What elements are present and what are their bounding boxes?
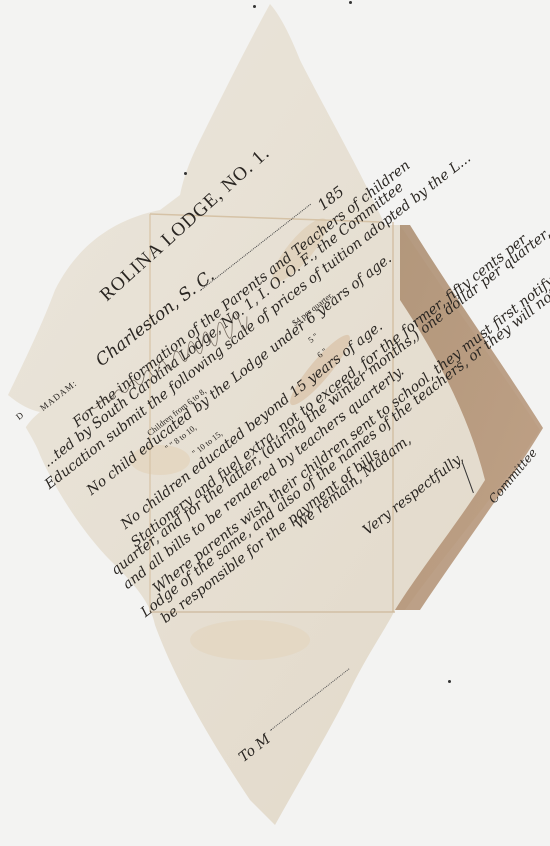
document-scan: ROLINA LODGE, NO. 1. Charleston, S. C. 1… [0,0,550,846]
scan-speck [253,5,256,8]
scan-speck [349,1,352,4]
scan-speck [184,172,187,175]
scan-speck [448,680,451,683]
